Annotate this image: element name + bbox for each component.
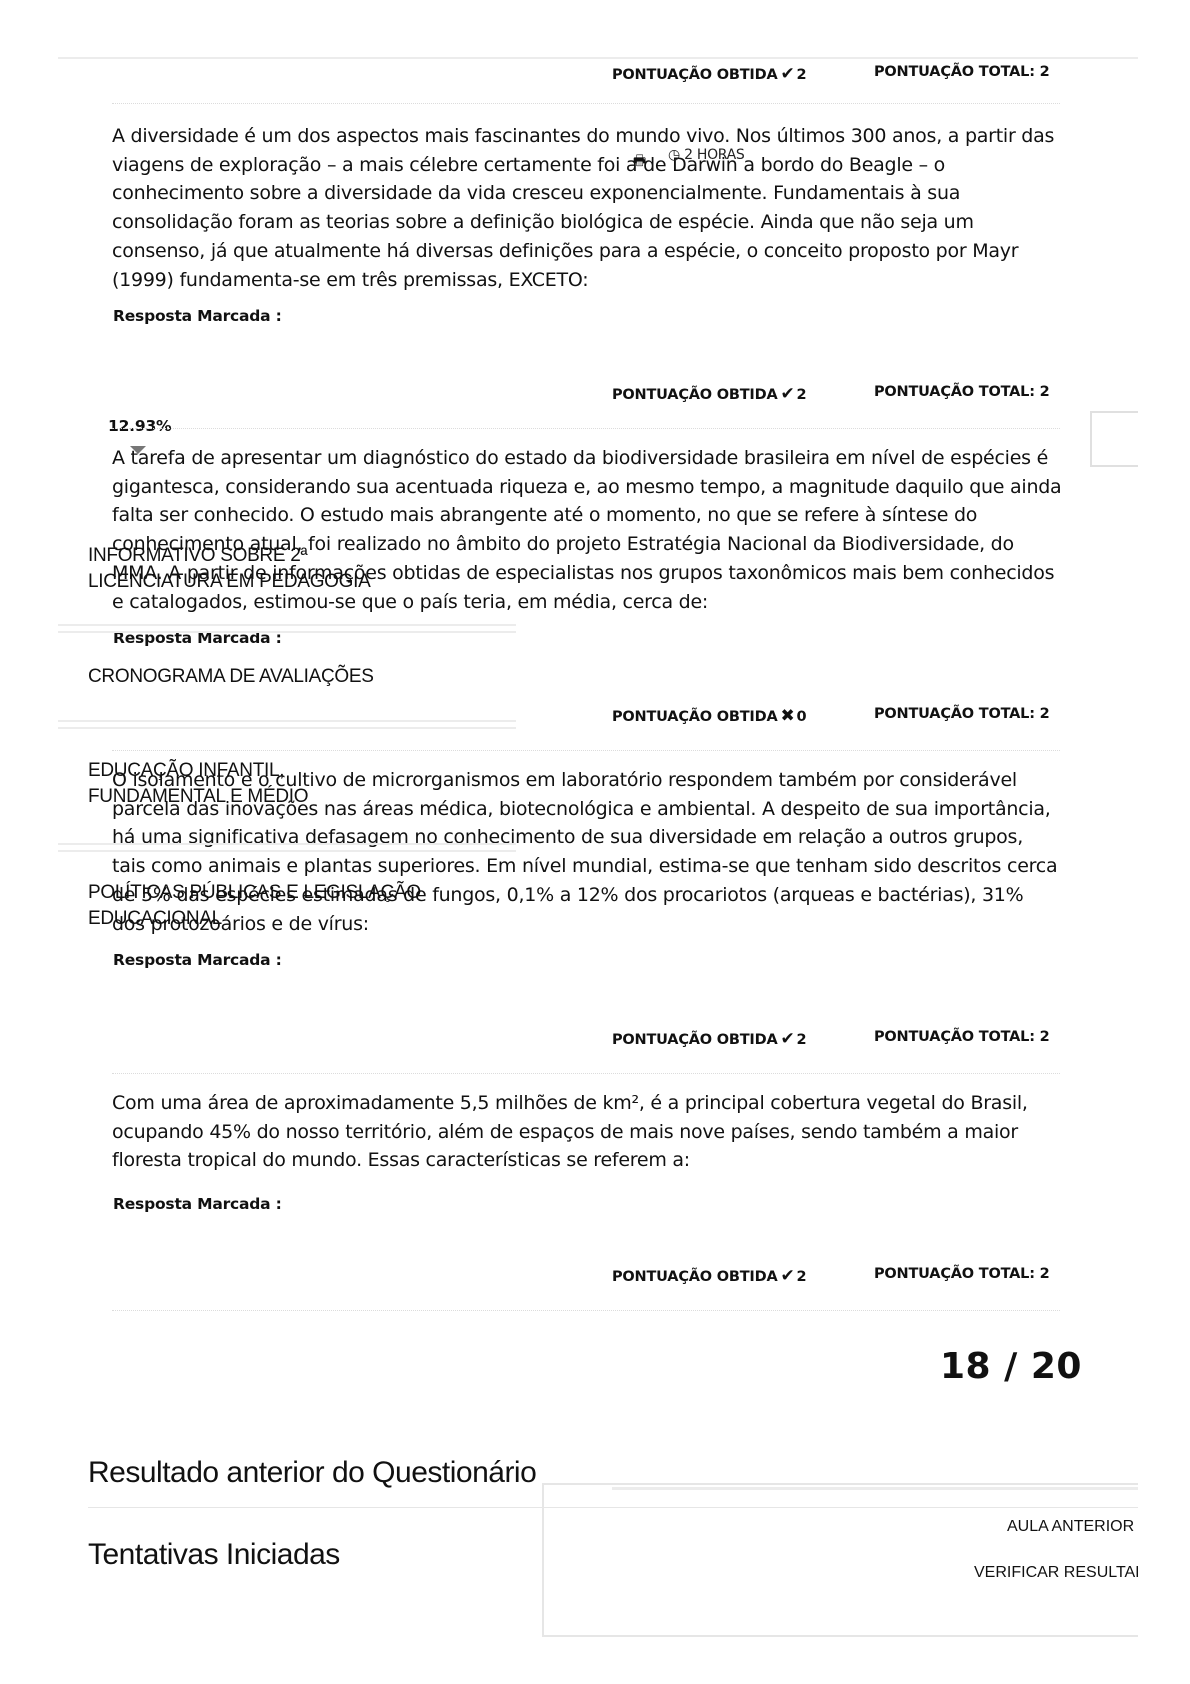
top-divider: [58, 57, 1138, 59]
nav-separator: [58, 843, 516, 852]
check-icon: ✔: [781, 64, 795, 84]
navigation-panel: [542, 1483, 1164, 1637]
score-obtained: PONTUAÇÃO OBTIDA✖0: [612, 706, 806, 726]
nav-link-politicas[interactable]: POLÍTICAS PÚBLICAS E LEGISLAÇÃOEDUCACION…: [88, 880, 421, 932]
nav-separator: [58, 624, 516, 633]
timer: ◷ 2 HORAS: [668, 147, 745, 163]
divider: [112, 1073, 1060, 1074]
nav-separator: [58, 720, 516, 729]
previous-lesson-button[interactable]: AULA ANTERIOR: [1007, 1518, 1134, 1536]
question-text: A diversidade é um dos aspectos mais fas…: [112, 122, 1062, 294]
marked-answer-label: Resposta Marcada :: [113, 951, 282, 969]
score-obtained: PONTUAÇÃO OBTIDA✔2: [612, 1029, 806, 1049]
check-icon: ✔: [781, 1266, 795, 1286]
marked-answer-label: Resposta Marcada :: [113, 1195, 282, 1213]
clock-icon: ◷: [668, 147, 680, 163]
progress-percent: 12.93%: [108, 417, 171, 435]
score-row-q2: PONTUAÇÃO OBTIDA✔2 PONTUAÇÃO TOTAL: 2: [0, 384, 1190, 408]
x-icon: ✖: [781, 706, 795, 726]
divider: [112, 103, 1060, 104]
nav-link-informativo[interactable]: INFORMATIVO SOBRE 2ªLICENCIATURA EM PEDA…: [88, 543, 370, 595]
marked-answer-label: Resposta Marcada :: [113, 307, 282, 325]
score-total: PONTUAÇÃO TOTAL: 2: [874, 1266, 1050, 1282]
divider: [112, 428, 1060, 429]
nav-link-educacao[interactable]: EDUCAÇÃO INFANTIL,FUNDAMENTAL E MÉDIO: [88, 758, 308, 810]
score-row-q4: PONTUAÇÃO OBTIDA✔2 PONTUAÇÃO TOTAL: 2: [0, 1029, 1190, 1053]
previous-result-title: Resultado anterior do Questionário: [88, 1456, 536, 1490]
question-text: Com uma área de aproximadamente 5,5 milh…: [112, 1089, 1062, 1175]
score-total: PONTUAÇÃO TOTAL: 2: [874, 706, 1050, 722]
panel-top-border: [612, 1487, 1152, 1490]
divider: [112, 1310, 1060, 1311]
nav-link-cronograma[interactable]: CRONOGRAMA DE AVALIAÇÕES: [88, 664, 374, 690]
check-icon: ✔: [781, 384, 795, 404]
attempts-title: Tentativas Iniciadas: [88, 1538, 340, 1572]
score-row-last: PONTUAÇÃO OBTIDA✔2 PONTUAÇÃO TOTAL: 2: [0, 1266, 1190, 1290]
check-result-button[interactable]: VERIFICAR RESULTADO: [974, 1564, 1159, 1582]
score-total: PONTUAÇÃO TOTAL: 2: [874, 384, 1050, 400]
score-total: PONTUAÇÃO TOTAL: 2: [874, 64, 1050, 80]
score-row-q1: PONTUAÇÃO OBTIDA✔2 PONTUAÇÃO TOTAL: 2: [0, 64, 1190, 88]
score-total: PONTUAÇÃO TOTAL: 2: [874, 1029, 1050, 1045]
divider: [112, 750, 1060, 751]
score-obtained: PONTUAÇÃO OBTIDA✔2: [612, 1266, 806, 1286]
check-icon: ✔: [781, 1029, 795, 1049]
viewport-edge: [1138, 0, 1190, 1684]
score-obtained: PONTUAÇÃO OBTIDA✔2: [612, 384, 806, 404]
print-icon[interactable]: 🖶: [633, 150, 646, 174]
final-score: 18 / 20: [940, 1346, 1082, 1387]
score-obtained: PONTUAÇÃO OBTIDA✔2: [612, 64, 806, 84]
